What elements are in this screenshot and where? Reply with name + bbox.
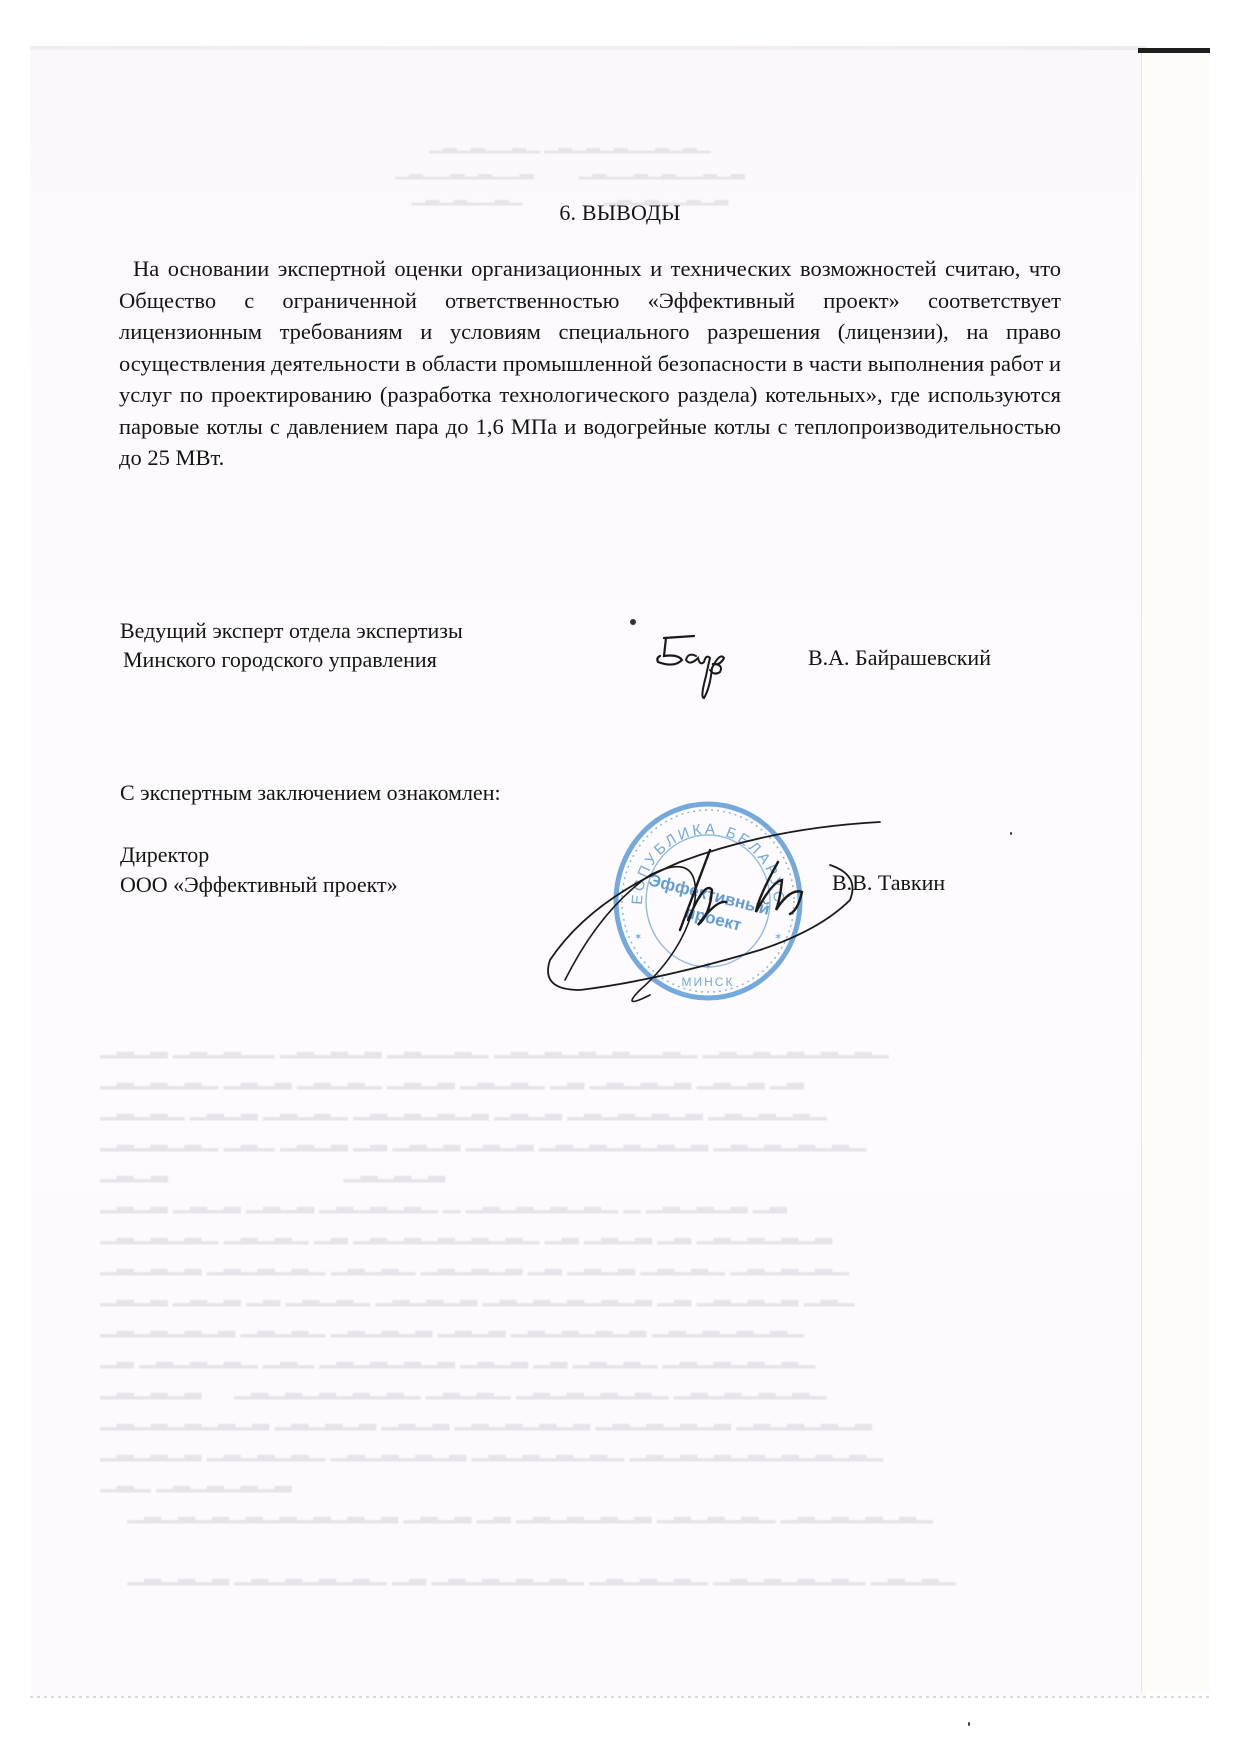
page-top-edge: [30, 46, 1146, 50]
acknowledgement-text: С экспертным заключением ознакомлен:: [120, 780, 501, 806]
conclusion-paragraph: На основании экспертной оценки организац…: [119, 253, 1061, 474]
expert-name: В.А. Байрашевский: [808, 645, 991, 671]
expert-signature: [650, 628, 740, 708]
page-bottom-edge: [30, 1696, 1210, 1698]
bleed-through-bottom: ▁▂▁▂ ▁▂▁▂▁▁ ▁▂▁▂▁▂ ▁▂▁▁▂▁ ▁▂▁▂▁▂▁▂▁▁▂▁ ▁…: [100, 1030, 1060, 1588]
director-title-line2: ООО «Эффективный проект»: [120, 870, 398, 900]
ink-speck: [1010, 832, 1012, 835]
expert-title-block: Ведущий эксперт отдела экспертизы Минско…: [120, 616, 463, 674]
section-heading: 6. ВЫВОДЫ: [0, 200, 1240, 226]
director-name: В.В. Тавкин: [832, 870, 945, 896]
director-title-block: Директор ООО «Эффективный проект»: [120, 840, 398, 900]
expert-title-line1: Ведущий эксперт отдела экспертизы: [120, 616, 463, 645]
page-fold-line: [1141, 52, 1142, 1692]
bleed-through-top: ▁▂▁▂▁▁▂▁ ▁▂▁▂▁▂▁▁▂▁▂▁ ▁▂▁▁▂▁▂▁▁▂ ▁▂▁▁▂▁▂…: [70, 130, 1070, 208]
expert-title-line2: Минского городского управления: [120, 645, 463, 674]
ink-speck: [630, 619, 636, 625]
scan-corner-shadow: [1138, 48, 1210, 53]
director-signature: [520, 790, 900, 1025]
director-title-line1: Директор: [120, 840, 398, 870]
ink-speck: [968, 1722, 970, 1726]
page-right-strip: [1142, 52, 1210, 1692]
